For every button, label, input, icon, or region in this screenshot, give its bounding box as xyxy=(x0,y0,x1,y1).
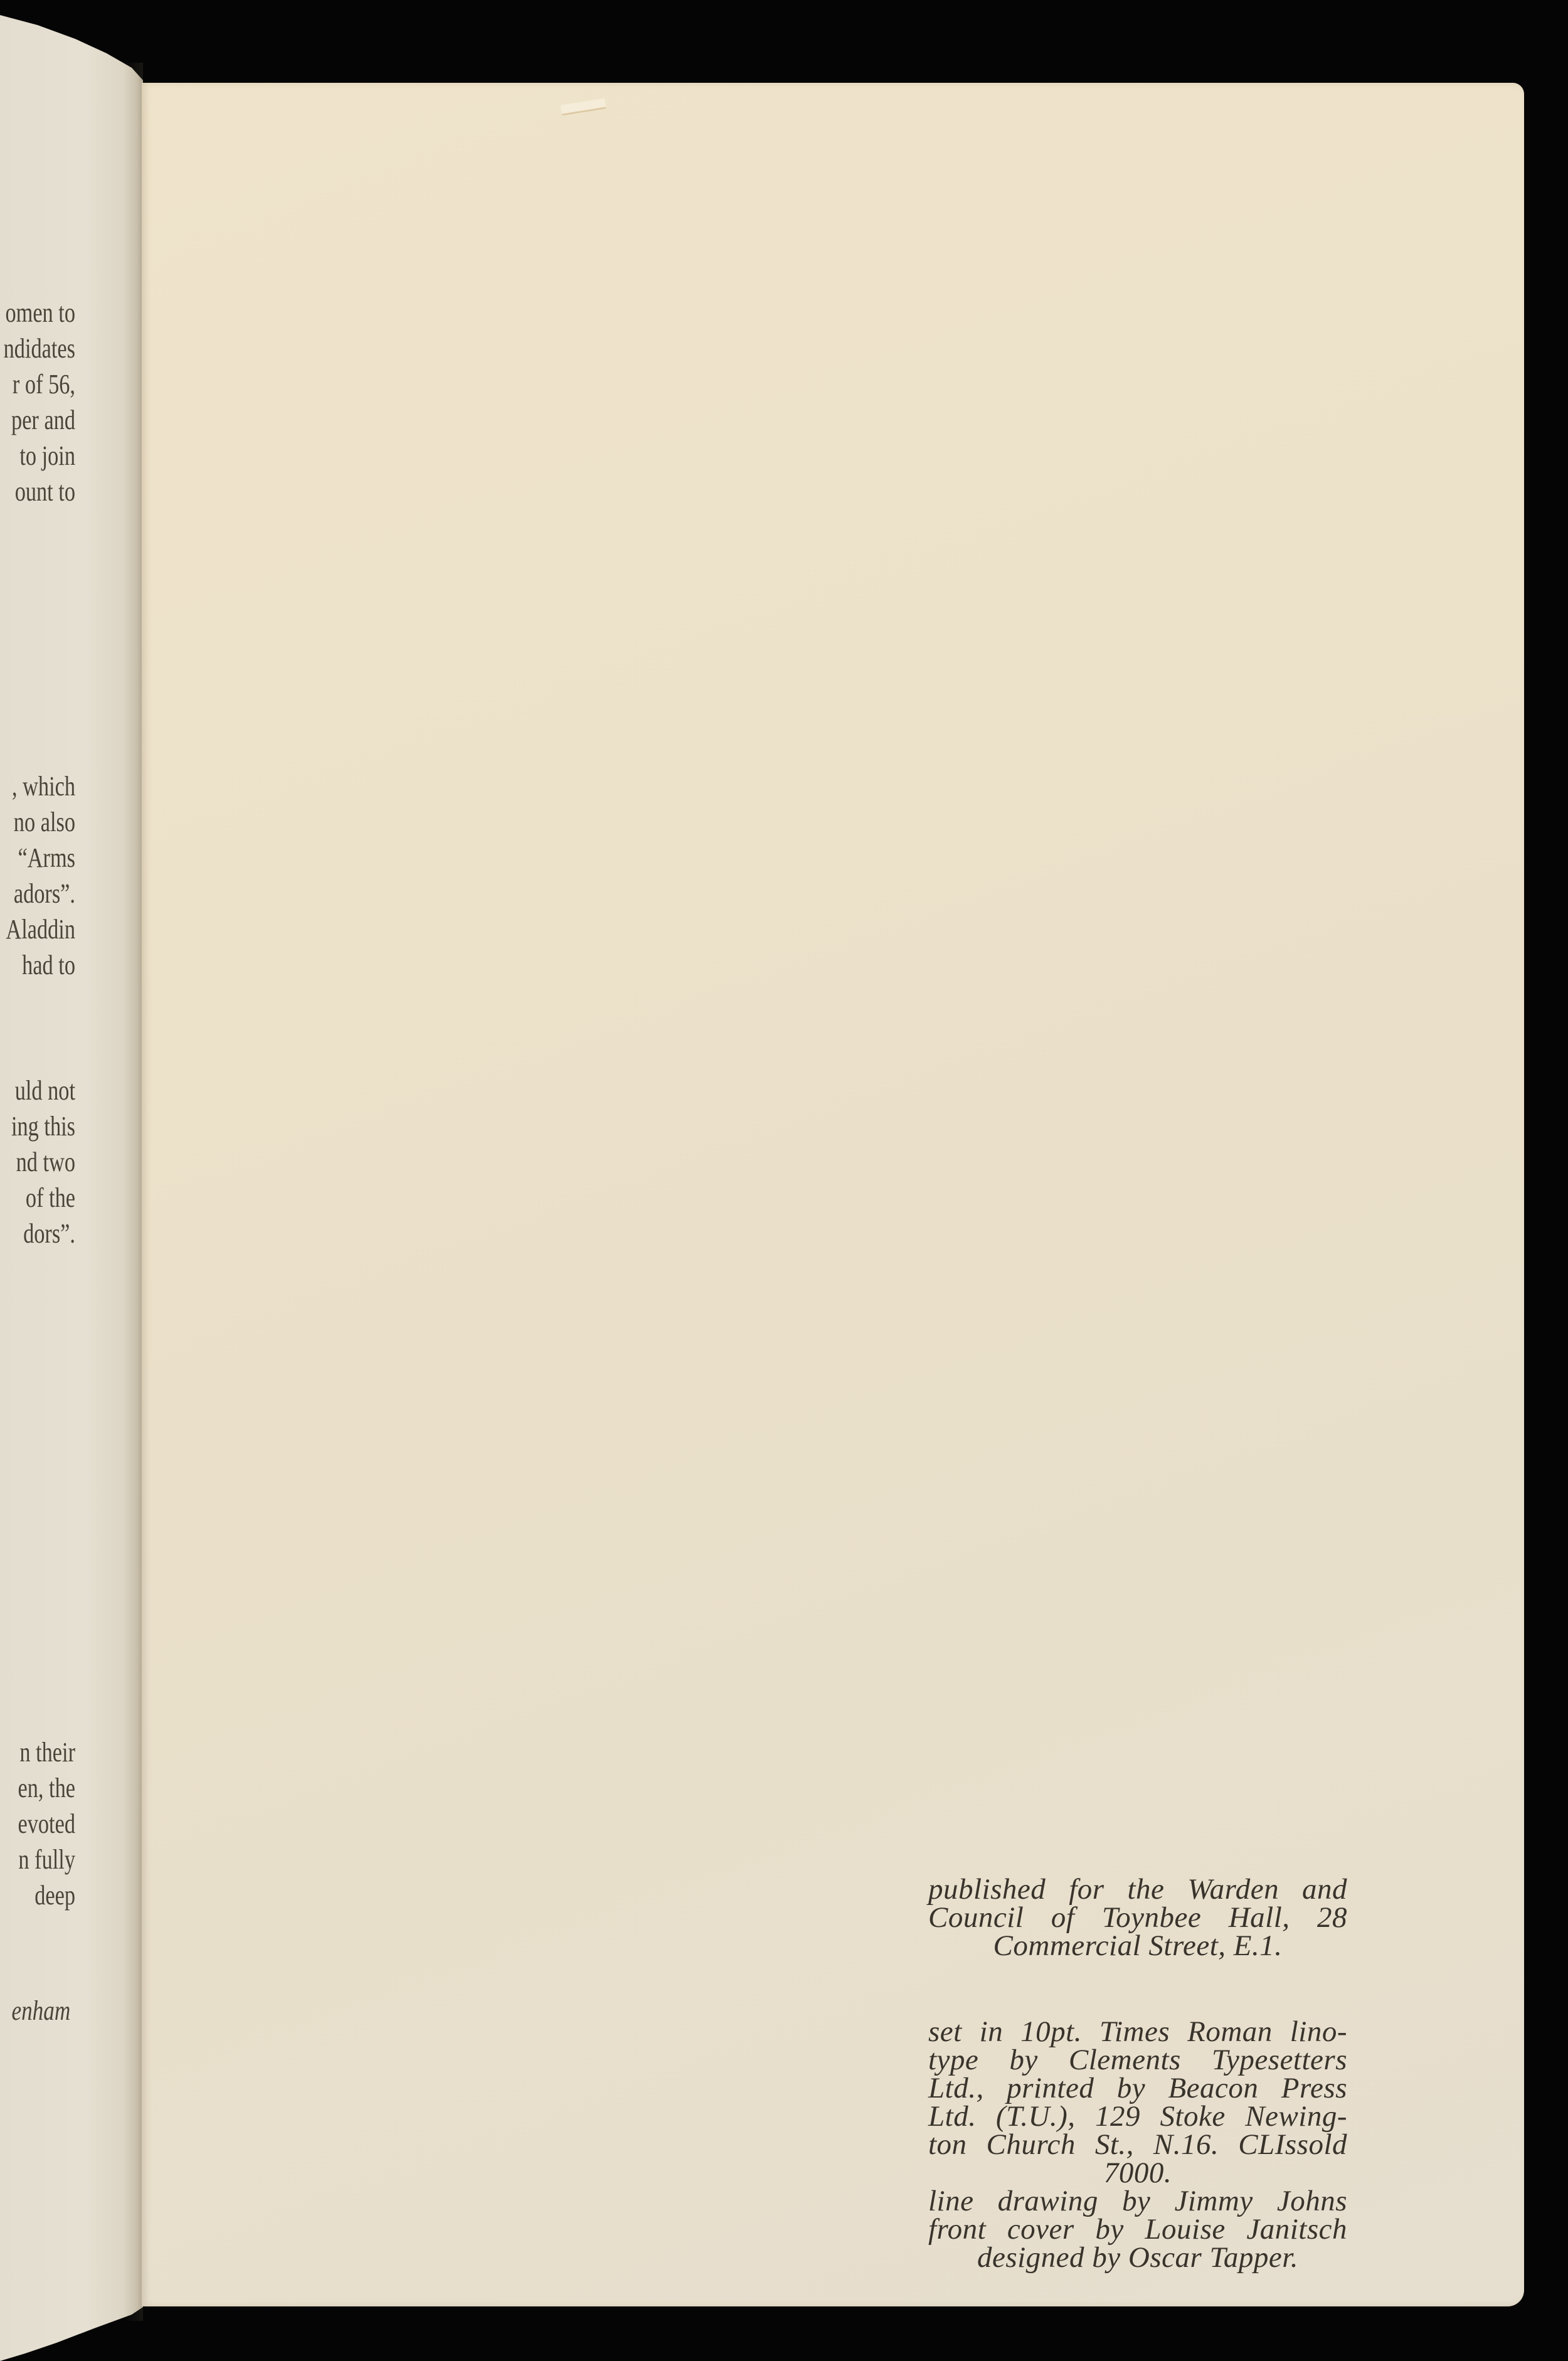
text-line: to join xyxy=(0,438,75,474)
text-line: Ltd. (T.U.), 129 Stoke Newing- xyxy=(928,2103,1347,2131)
text-line: of the xyxy=(0,1180,75,1216)
text-line: Ltd., printed by Beacon Press xyxy=(928,2074,1347,2103)
left-page-signature-fragment: enham xyxy=(11,1995,70,2027)
left-page-text-fragment-4: n their en, the evoted n fully deep xyxy=(0,1734,75,1913)
text-line: r of 56, xyxy=(0,366,75,402)
text-line: line drawing by Jimmy Johns xyxy=(928,2187,1347,2215)
text-line: front cover by Louise Janitsch xyxy=(928,2215,1347,2244)
text-line: deep xyxy=(0,1877,75,1913)
paragraph-spacer xyxy=(928,1960,1347,2018)
text-line: dors”. xyxy=(0,1216,75,1251)
text-line: , which xyxy=(0,768,75,804)
paper-tear-mark xyxy=(560,98,607,115)
text-line: uld not xyxy=(0,1073,75,1108)
text-line: evoted xyxy=(0,1806,75,1842)
text-line: published for the Warden and xyxy=(928,1876,1347,1904)
book-spread-photo: omen to ndidates r of 56, per and to joi… xyxy=(0,0,1568,2361)
text-line: n their xyxy=(0,1734,75,1770)
text-line: nd two xyxy=(0,1144,75,1180)
text-line: had to xyxy=(0,947,75,983)
left-page-text-fragment-2: , which no also “Arms adors”. Aladdin ha… xyxy=(0,768,75,983)
colophon-page: published for the Warden and Council of … xyxy=(142,83,1524,2306)
text-line: ount to xyxy=(0,474,75,509)
colophon-text: published for the Warden and Council of … xyxy=(928,1876,1347,2272)
text-line: n fully xyxy=(0,1842,75,1877)
text-line: ndidates xyxy=(0,331,75,366)
left-page-text-fragment-1: omen to ndidates r of 56, per and to joi… xyxy=(0,295,75,509)
text-line: omen to xyxy=(0,295,75,331)
text-line: Aladdin xyxy=(0,911,75,947)
text-line: per and xyxy=(0,402,75,438)
text-line: type by Clements Typesetters xyxy=(928,2046,1347,2074)
text-line: adors”. xyxy=(0,876,75,911)
credits-statement: line drawing by Jimmy Johns front cover … xyxy=(928,2187,1347,2272)
text-line: Commercial Street, E.1. xyxy=(928,1932,1347,1960)
text-line: Council of Toynbee Hall, 28 xyxy=(928,1904,1347,1932)
text-line: set in 10pt. Times Roman lino- xyxy=(928,2018,1347,2046)
printing-statement: set in 10pt. Times Roman lino- type by C… xyxy=(928,2018,1347,2187)
left-page-text-fragment-3: uld not ing this nd two of the dors”. xyxy=(0,1073,75,1251)
text-line: ton Church St., N.16. CLIssold xyxy=(928,2131,1347,2159)
text-line: designed by Oscar Tapper. xyxy=(928,2244,1347,2272)
text-line: ing this xyxy=(0,1108,75,1144)
text-line: no also xyxy=(0,804,75,840)
text-line: en, the xyxy=(0,1770,75,1806)
publisher-statement: published for the Warden and Council of … xyxy=(928,1876,1347,1960)
text-line: 7000. xyxy=(928,2159,1347,2187)
facing-page-left: omen to ndidates r of 56, per and to joi… xyxy=(0,0,143,2361)
text-line: “Arms xyxy=(0,840,75,876)
